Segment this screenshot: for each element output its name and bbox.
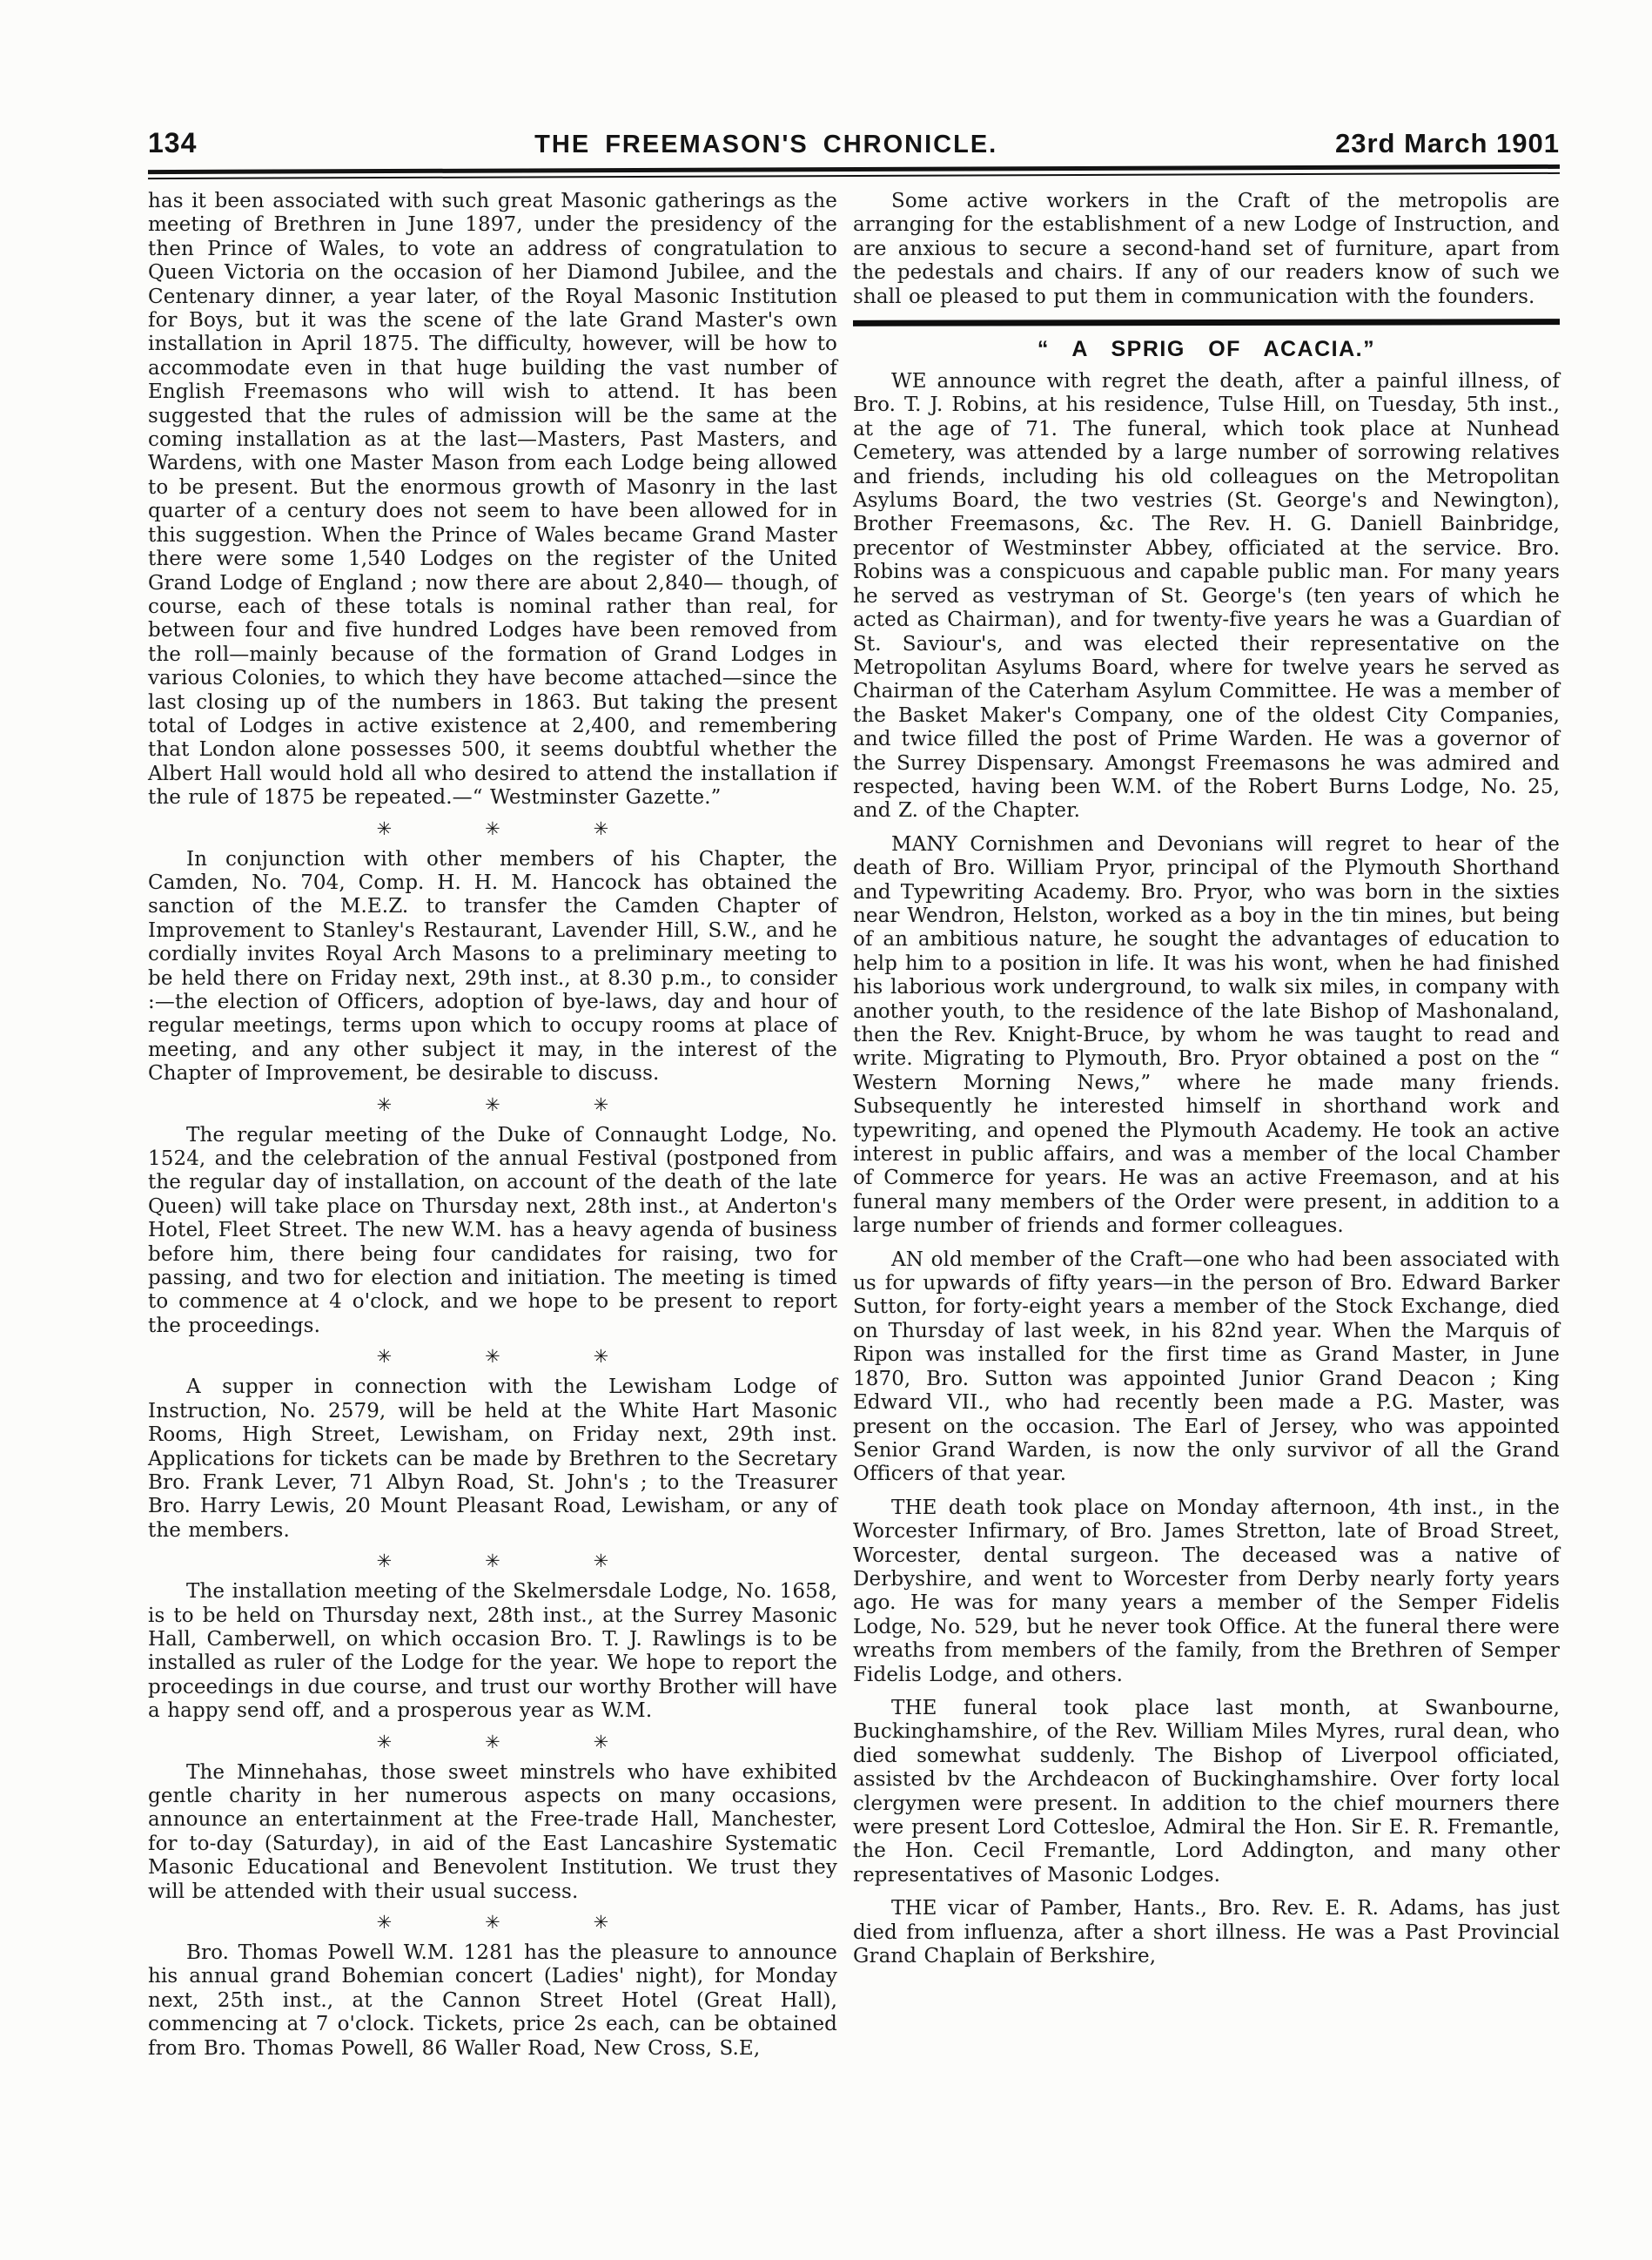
asterisk-separator: ✳ ✳ ✳ bbox=[148, 1731, 837, 1754]
left-column: has it been associated with such great M… bbox=[148, 190, 837, 2061]
asterisk-separator: ✳ ✳ ✳ bbox=[148, 1345, 837, 1369]
newspaper-page: 134 THE FREEMASON'S CHRONICLE. 23rd Marc… bbox=[0, 0, 1652, 2260]
article-paragraph: MANY Cornishmen and Devonians will regre… bbox=[853, 833, 1560, 1239]
article-paragraph: Bro. Thomas Powell W.M. 1281 has the ple… bbox=[148, 1941, 837, 2061]
article-paragraph: THE vicar of Pamber, Hants., Bro. Rev. E… bbox=[853, 1897, 1560, 1968]
article-paragraph: Some active workers in the Craft of the … bbox=[853, 190, 1560, 309]
article-paragraph: A supper in connection with the Lewisham… bbox=[148, 1376, 837, 1543]
article-paragraph: WE announce with regret the death, after… bbox=[853, 370, 1560, 824]
page-header: 134 THE FREEMASON'S CHRONICLE. 23rd Marc… bbox=[148, 127, 1560, 159]
article-paragraph: THE death took place on Monday afternoon… bbox=[853, 1497, 1560, 1687]
asterisk-separator: ✳ ✳ ✳ bbox=[148, 1550, 837, 1573]
article-paragraph: The Minnehahas, those sweet minstrels wh… bbox=[148, 1761, 837, 1904]
right-column: Some active workers in the Craft of the … bbox=[853, 190, 1560, 2061]
article-paragraph: has it been associated with such great M… bbox=[148, 190, 837, 811]
asterisk-separator: ✳ ✳ ✳ bbox=[148, 817, 837, 841]
masthead-title: THE FREEMASON'S CHRONICLE. bbox=[197, 131, 1335, 159]
asterisk-separator: ✳ ✳ ✳ bbox=[148, 1911, 837, 1934]
section-heading: “ A SPRIG OF ACACIA.” bbox=[853, 337, 1560, 361]
article-paragraph: THE funeral took place last month, at Sw… bbox=[853, 1697, 1560, 1887]
article-paragraph: The regular meeting of the Duke of Conna… bbox=[148, 1124, 837, 1339]
article-paragraph: The installation meeting of the Skelmers… bbox=[148, 1580, 837, 1723]
header-rules bbox=[148, 165, 1560, 179]
section-divider-bar bbox=[853, 319, 1560, 326]
issue-date: 23rd March 1901 bbox=[1335, 128, 1560, 159]
article-columns: has it been associated with such great M… bbox=[148, 190, 1560, 2061]
article-paragraph: AN old member of the Craft—one who had b… bbox=[853, 1248, 1560, 1487]
page-number: 134 bbox=[148, 127, 197, 159]
asterisk-separator: ✳ ✳ ✳ bbox=[148, 1093, 837, 1117]
article-paragraph: In conjunction with other members of his… bbox=[148, 848, 837, 1086]
